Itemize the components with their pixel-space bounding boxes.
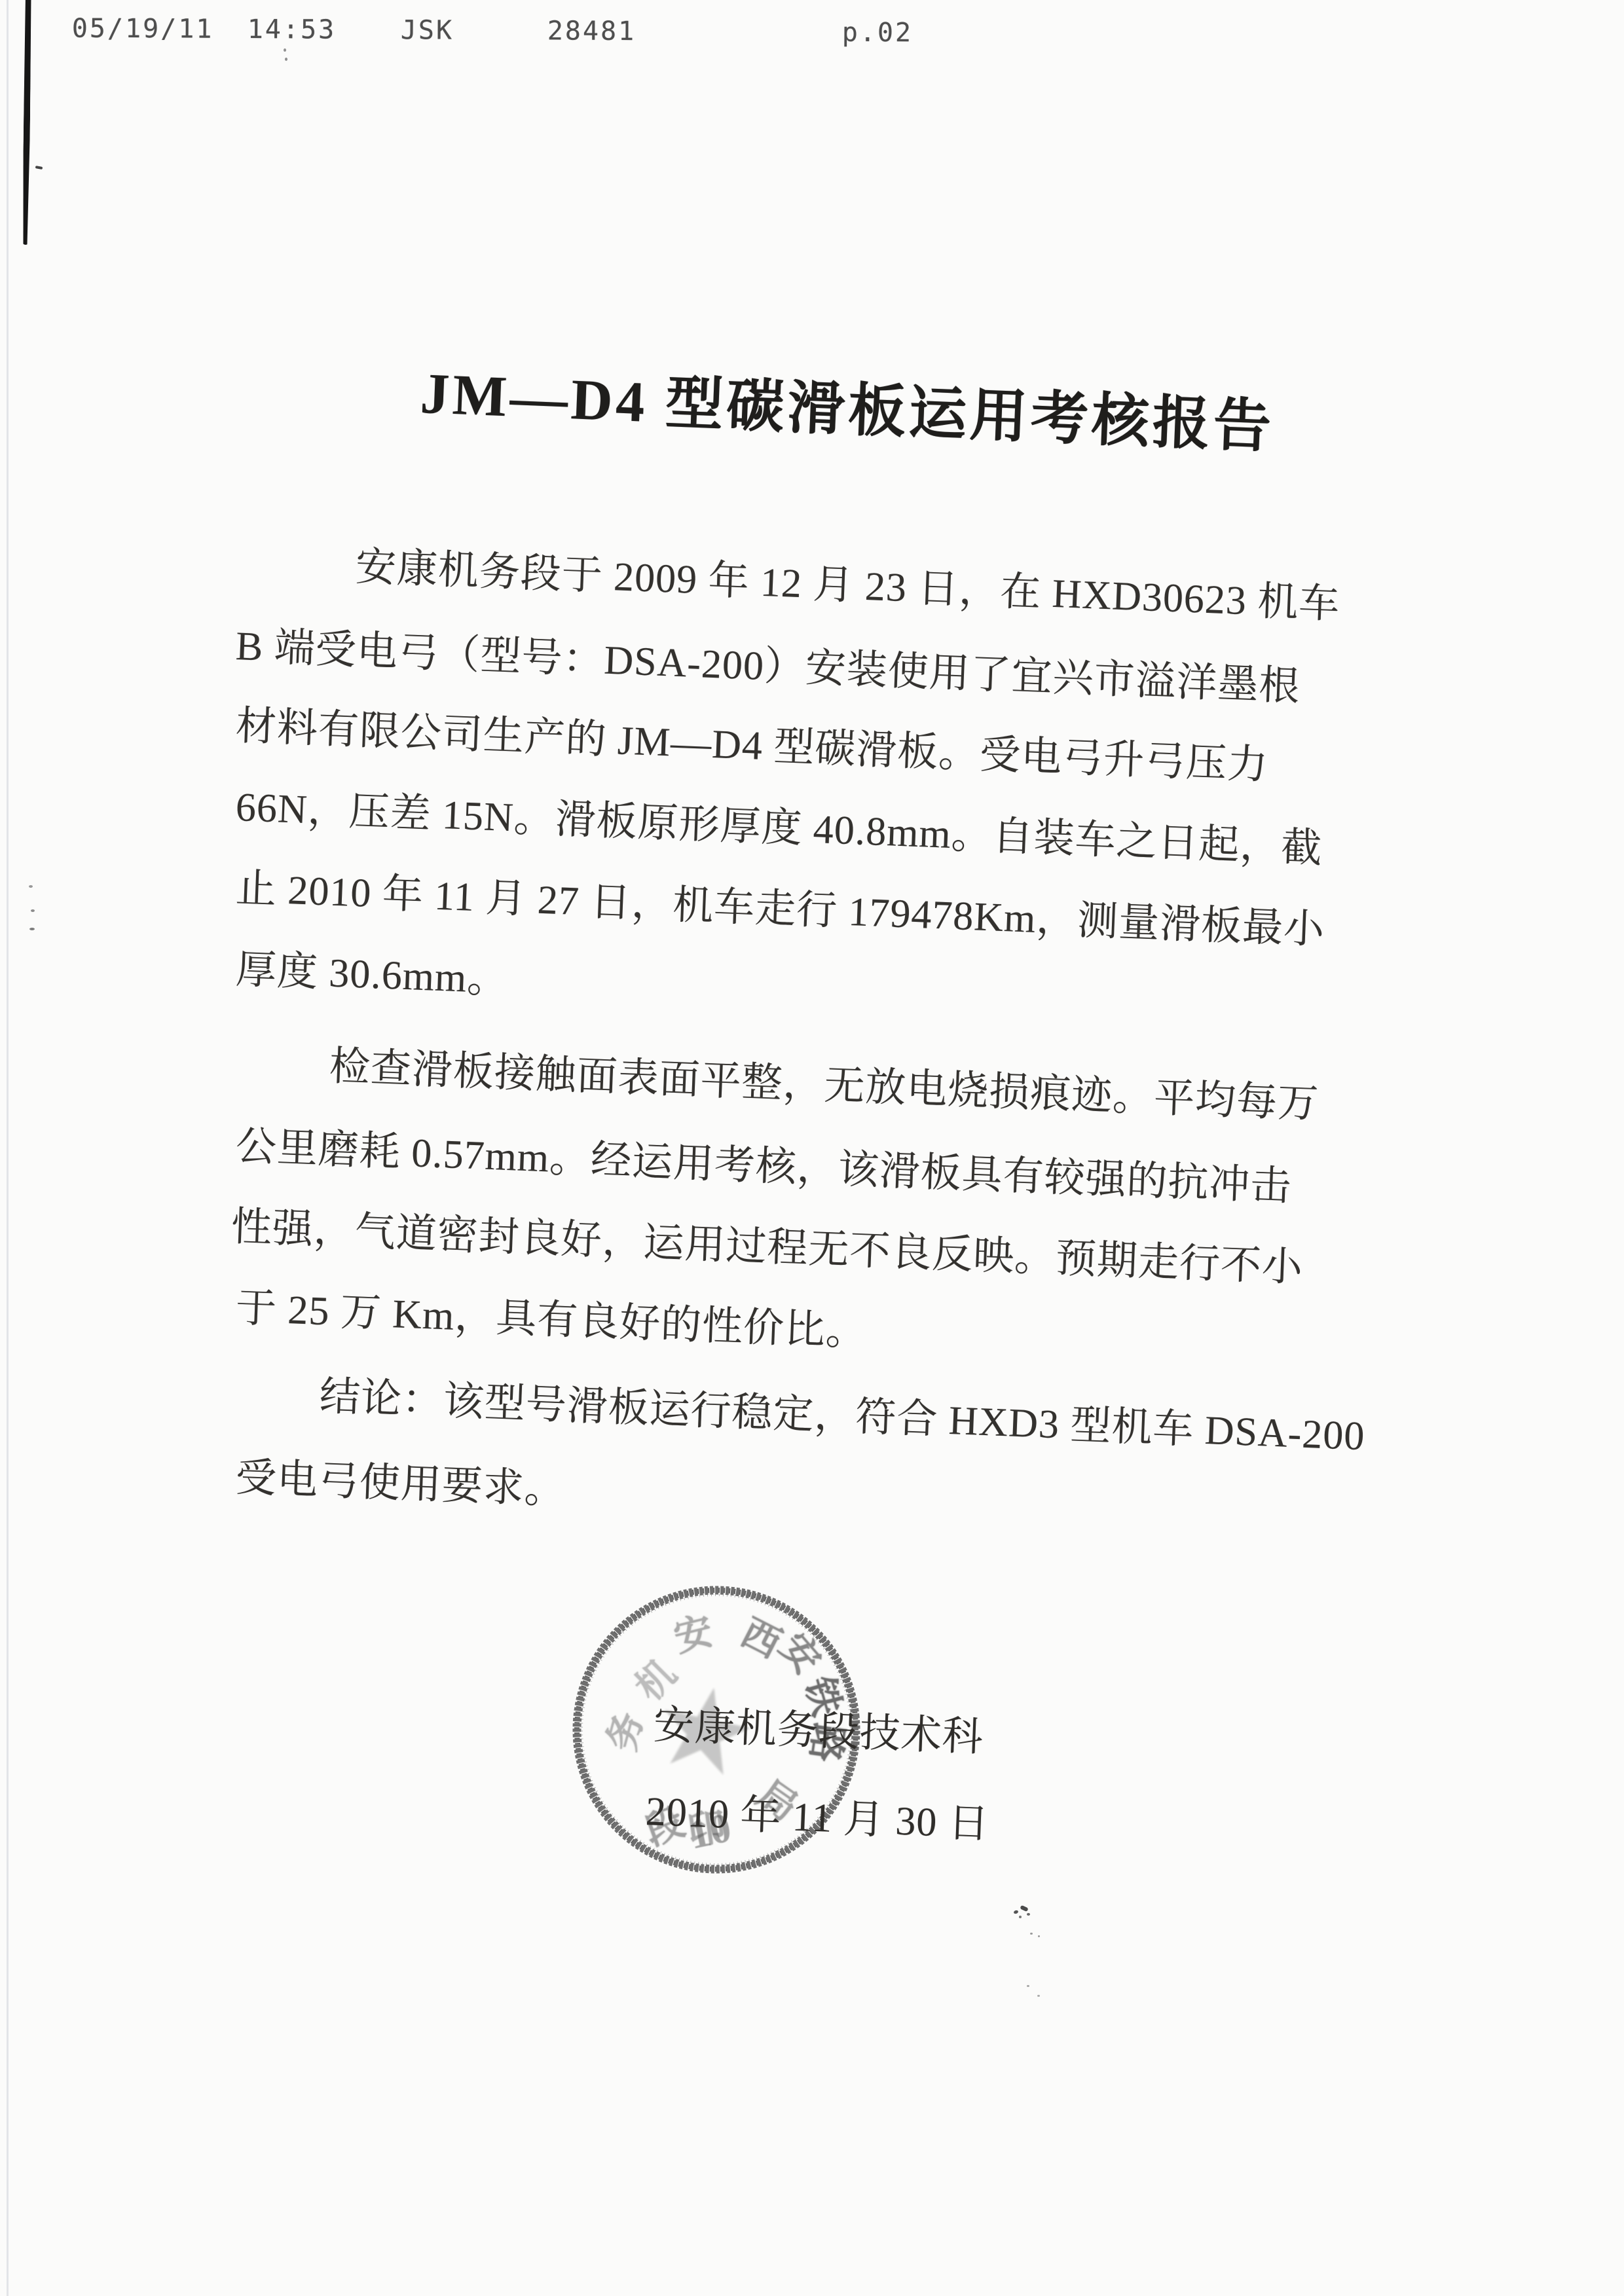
ink-speck — [29, 928, 35, 930]
report-title: JM—D4 型碳滑板运用考核报告 — [419, 347, 1276, 464]
ink-speck — [285, 58, 287, 61]
body-line: 安康机务段于 2009 年 12 月 23 日，在 HXD30623 机车 — [355, 534, 1342, 630]
body-line: 公里磨耗 0.57mm。经运用考核，该滑板具有较强的抗冲击 — [235, 1113, 1293, 1212]
body-line: 性强，气道密封良好，运用过程无不良反映。预期走行不小 — [231, 1194, 1304, 1293]
ink-speck — [1027, 1913, 1030, 1916]
body-line: 结论：该型号滑板运行稳定，符合 HXD3 型机车 DSA-200 — [319, 1363, 1367, 1461]
body-line: 厚度 30.6mm。 — [235, 936, 510, 1005]
fax-transmission-header: 05/19/11 14:53 JSK 28481 p.02 — [0, 0, 1624, 9]
scanner-edge-line — [7, 0, 9, 2296]
fax-date: 05/19/11 — [72, 14, 214, 45]
body-line: 材料有限公司生产的 JM—D4 型碳滑板。受电弓升弓压力 — [235, 693, 1270, 791]
scan-black-streak — [22, 0, 31, 245]
ink-speck — [1037, 1995, 1040, 1997]
ink-speck — [284, 48, 286, 52]
fax-station-code: JSK — [401, 15, 454, 45]
ink-speck — [29, 885, 33, 888]
scanned-fax-page: 05/19/11 14:53 JSK 28481 p.02 JM—D4 型碳滑板… — [0, 0, 1624, 2296]
ink-speck — [31, 909, 35, 912]
fax-number: 28481 — [547, 16, 637, 46]
ink-speck — [1019, 1916, 1022, 1918]
ink-speck — [35, 166, 43, 170]
ink-speck — [1013, 1910, 1018, 1914]
body-line: 于 25 万 Km，具有良好的性价比。 — [235, 1275, 868, 1357]
ink-speck — [1030, 1933, 1033, 1935]
fax-time: 14:53 — [248, 14, 337, 45]
ink-speck — [1038, 1935, 1040, 1937]
ink-speck — [1020, 1905, 1028, 1912]
body-line: 止 2010 年 11 月 27 日，机车走行 179478Km，测量滑板最小 — [235, 855, 1326, 955]
body-line: 66N，压差 15N。滑板原形厚度 40.8mm。自装车之日起，截 — [235, 774, 1324, 874]
body-line: 检查滑板接触面表面平整，无放电烧损痕迹。平均每万 — [329, 1033, 1320, 1129]
ink-speck — [1027, 1985, 1029, 1987]
body-line: 受电弓使用要求。 — [235, 1444, 567, 1515]
body-line: B 端受电弓（型号：DSA-200）安装使用了宜兴市溢洋墨根 — [235, 613, 1302, 712]
fax-page-number: p.02 — [842, 18, 913, 48]
